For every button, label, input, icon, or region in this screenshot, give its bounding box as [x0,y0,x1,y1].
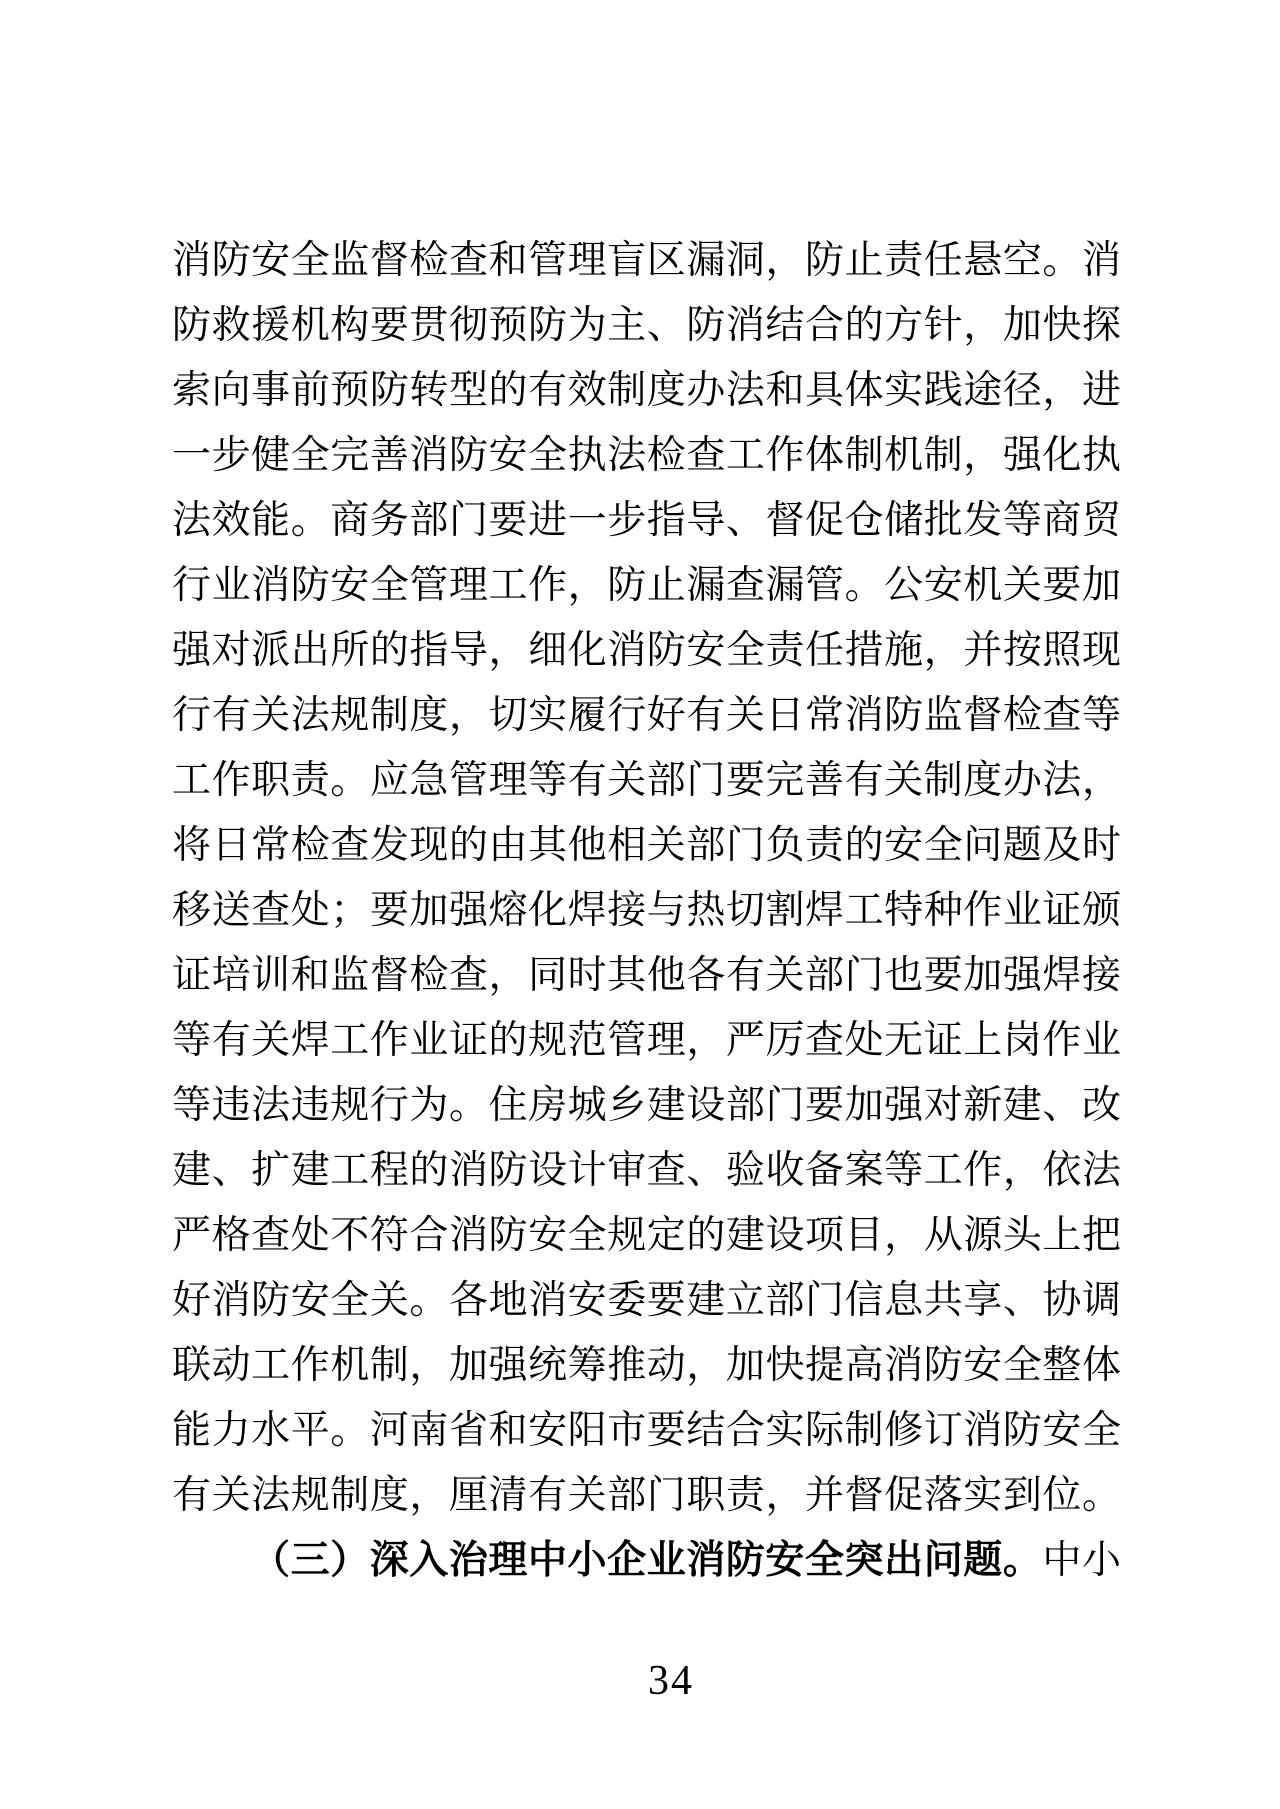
body-line: 等违法违规行为。住房城乡建设部门要加强对新建、改 [172,1073,1121,1138]
body-line: 防救援机构要贯彻预防为主、防消结合的方针，加快探 [172,293,1121,358]
body-line: 有关法规制度，厘清有关部门职责，并督促落实到位。 [172,1463,1121,1528]
section-heading-line: （三）深入治理中小企业消防安全突出问题。中小 [172,1528,1121,1593]
body-line: 移送查处；要加强熔化焊接与热切割焊工特种作业证颁 [172,878,1121,943]
body-line: 强对派出所的指导，细化消防安全责任措施，并按照现 [172,618,1121,683]
body-line: 消防安全监督检查和管理盲区漏洞，防止责任悬空。消 [172,228,1121,293]
section-heading-continuation-text: 中小 [1042,1539,1121,1582]
body-line: 好消防安全关。各地消安委要建立部门信息共享、协调 [172,1268,1121,1333]
body-line: 索向事前预防转型的有效制度办法和具体实践途径，进 [172,358,1121,423]
body-line: 严格查处不符合消防安全规定的建设项目，从源头上把 [172,1203,1121,1268]
body-line: 证培训和监督检查，同时其他各有关部门也要加强焊接 [172,943,1121,1008]
body-line: 等有关焊工作业证的规范管理，严厉查处无证上岗作业 [172,1008,1121,1073]
section-heading-bold-text: （三）深入治理中小企业消防安全突出问题。 [251,1539,1042,1582]
page-number: 34 [648,1660,694,1702]
body-line: 能力水平。河南省和安阳市要结合实际制修订消防安全 [172,1398,1121,1463]
body-line: 建、扩建工程的消防设计审查、验收备案等工作，依法 [172,1138,1121,1203]
body-line: 行有关法规制度，切实履行好有关日常消防监督检查等 [172,683,1121,748]
body-line: 将日常检查发现的由其他相关部门负责的安全问题及时 [172,813,1121,878]
body-text-block: 消防安全监督检查和管理盲区漏洞，防止责任悬空。消 防救援机构要贯彻预防为主、防消… [172,228,1121,1593]
body-line: 法效能。商务部门要进一步指导、督促仓储批发等商贸 [172,488,1121,553]
body-line: 行业消防安全管理工作，防止漏查漏管。公安机关要加 [172,553,1121,618]
body-line: 联动工作机制，加强统筹推动，加快提高消防安全整体 [172,1333,1121,1398]
document-page: 消防安全监督检查和管理盲区漏洞，防止责任悬空。消 防救援机构要贯彻预防为主、防消… [0,0,1280,1809]
body-line: 工作职责。应急管理等有关部门要完善有关制度办法， [172,748,1121,813]
body-line: 一步健全完善消防安全执法检查工作体制机制，强化执 [172,423,1121,488]
